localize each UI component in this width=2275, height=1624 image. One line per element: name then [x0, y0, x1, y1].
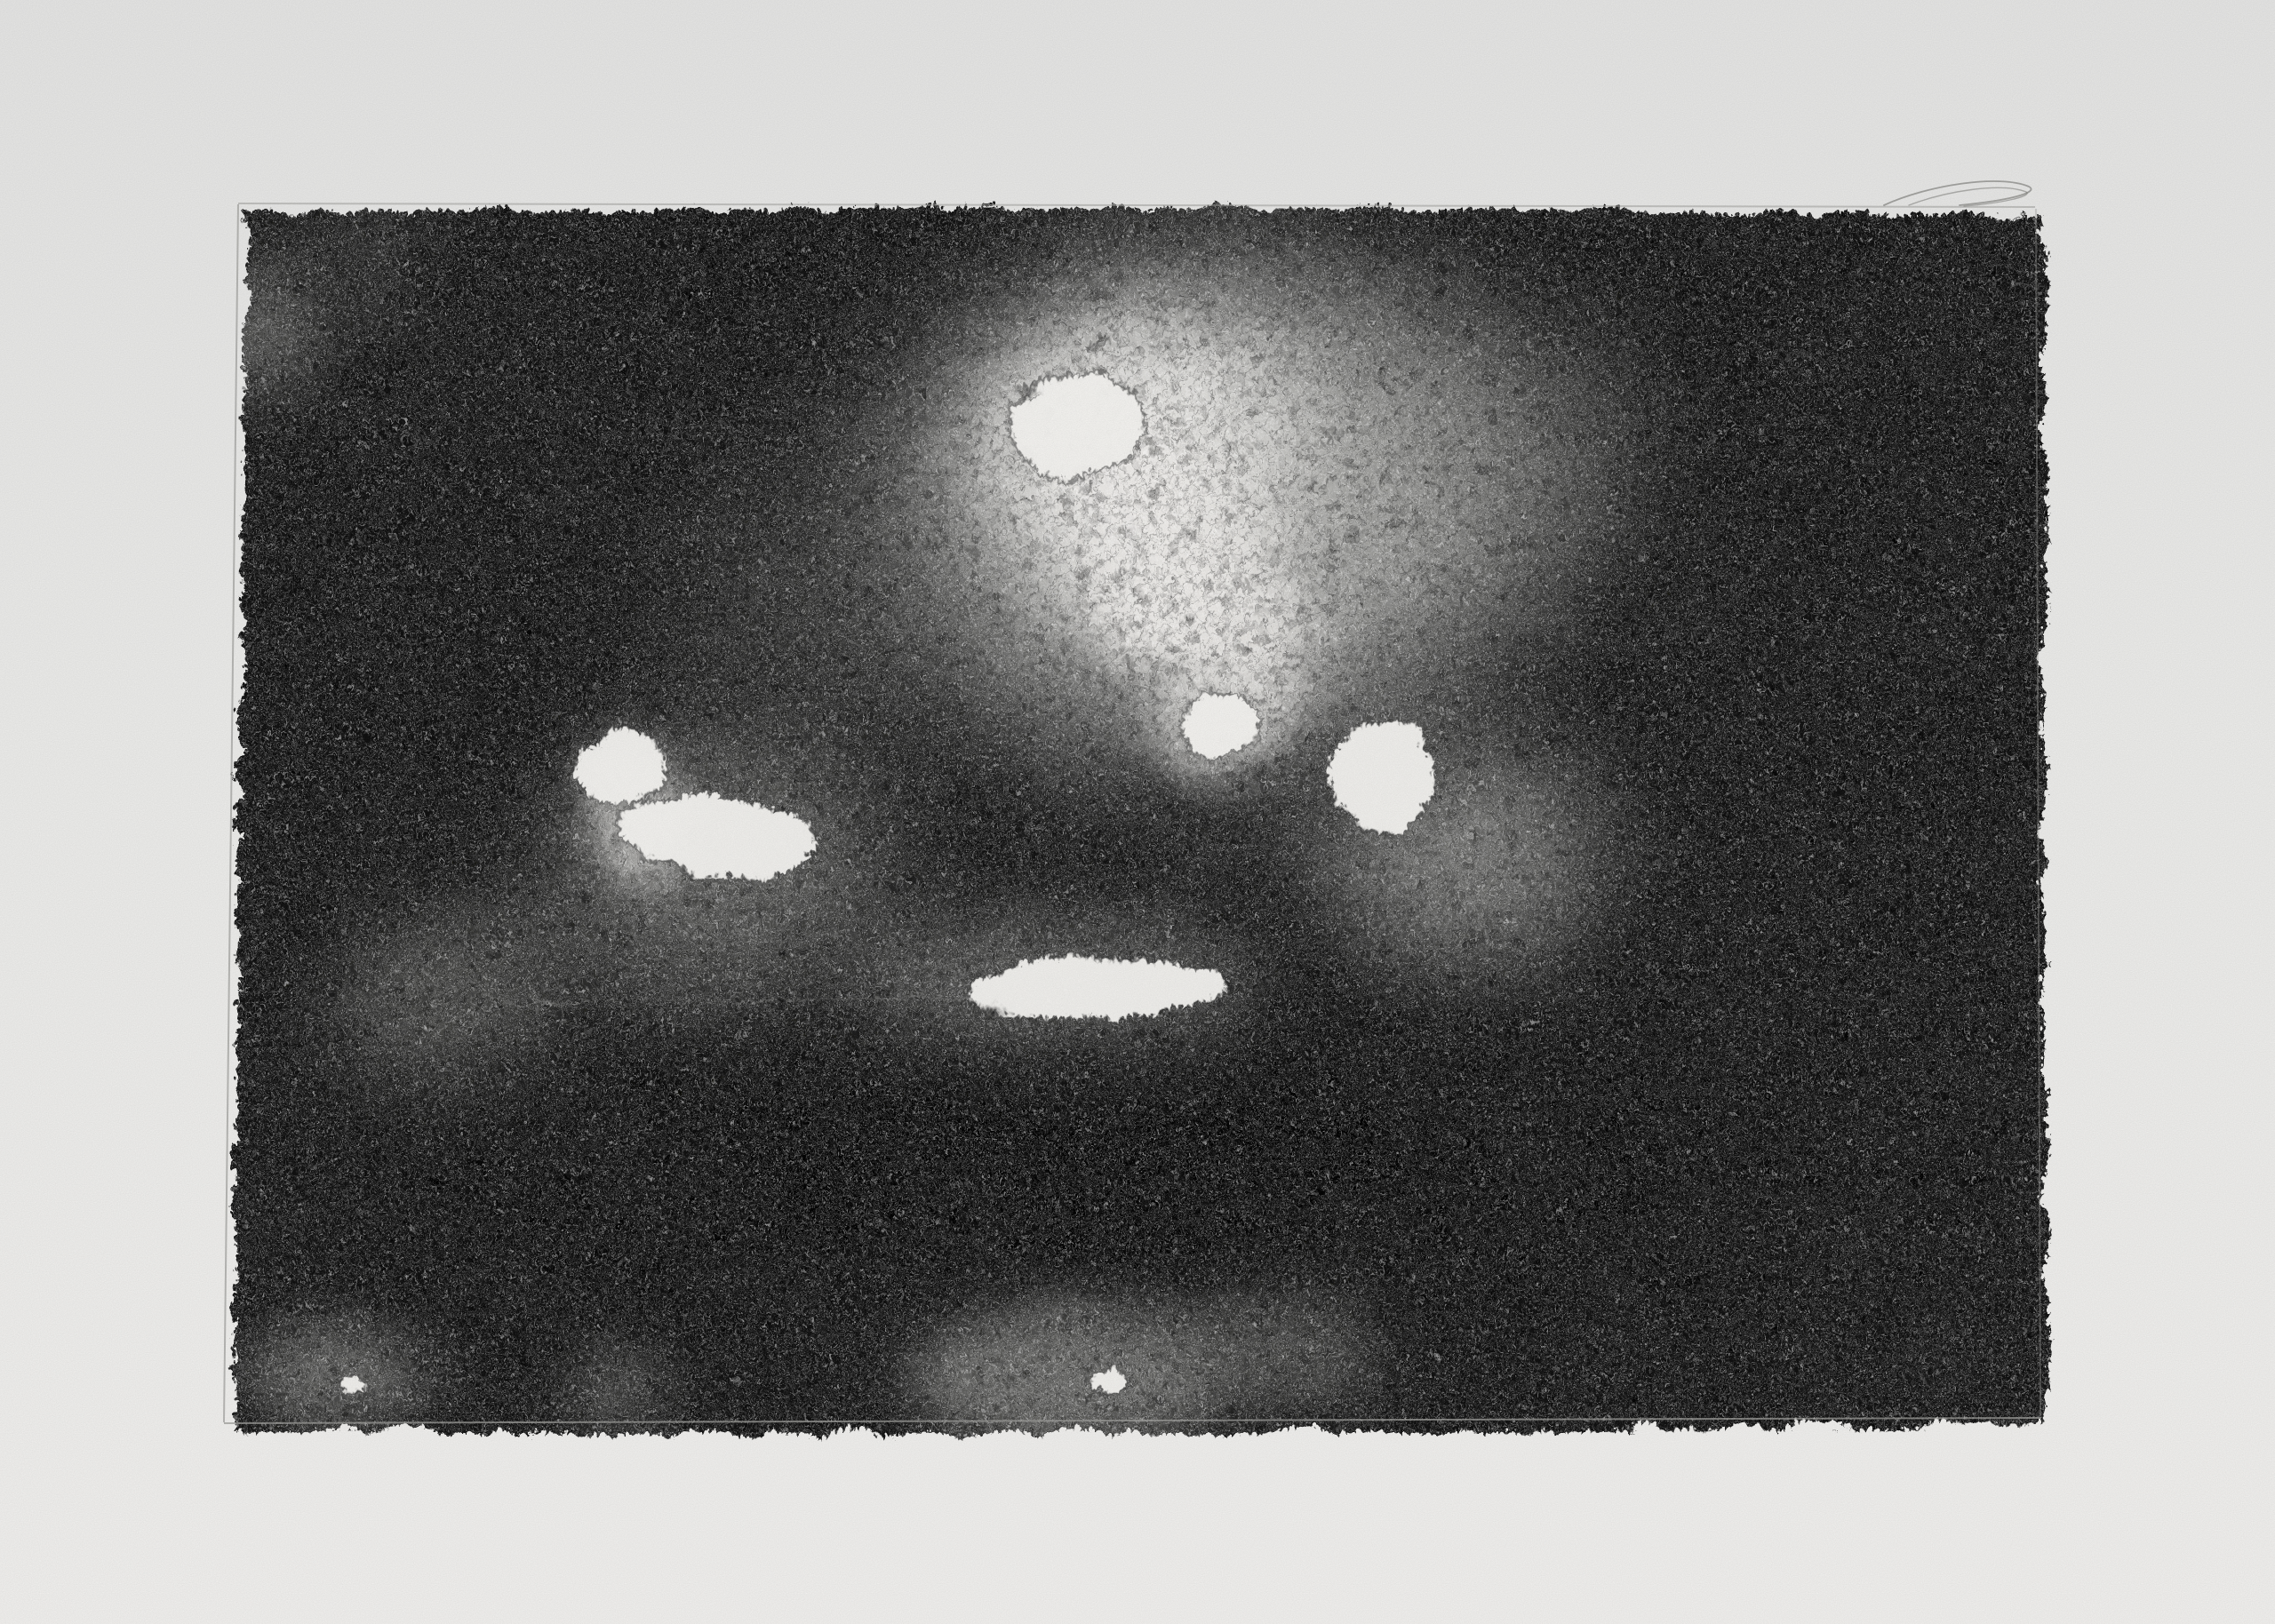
artwork-canvas — [0, 0, 2275, 1624]
photo-of-drawing — [0, 0, 2275, 1624]
paper-grain-overlay — [0, 0, 2275, 1624]
